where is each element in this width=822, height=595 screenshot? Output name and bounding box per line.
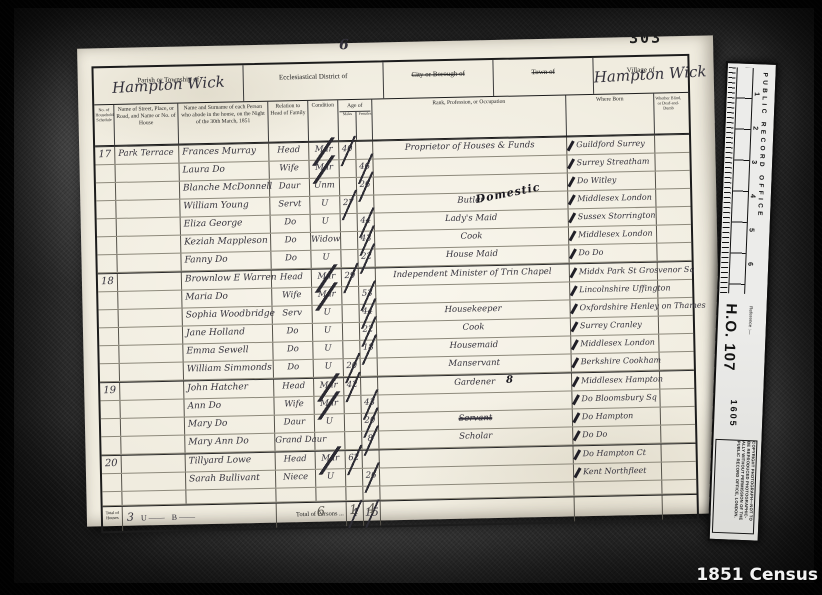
name-cell: Jane Holland: [183, 325, 273, 344]
relation-cell: Head: [269, 143, 309, 161]
empty-cell: [381, 497, 575, 525]
condition-cell: U: [310, 196, 340, 214]
col-relation: Relation to Head of Family: [268, 101, 309, 142]
condition-cell: Mar: [312, 287, 342, 305]
schedule-number: [97, 219, 117, 236]
relation-cell: Serv: [273, 306, 313, 324]
name-cell: Brownlow E Warren: [182, 271, 272, 290]
field-city: City or Borough of: [383, 60, 494, 98]
relation-cell: Servt: [270, 197, 310, 215]
where-born-cell: Do Do: [569, 244, 657, 263]
total-houses-label: Total of Houses: [103, 507, 123, 531]
relation-cell: Do: [271, 215, 311, 233]
schedule-number: [96, 183, 116, 200]
ruler-number: 5: [747, 228, 754, 232]
name-cell: Fanny Do: [181, 252, 271, 271]
schedule-number: [96, 201, 116, 218]
where-born-cell: Middlesex Hampton: [572, 372, 660, 391]
where-born-cell: Lincolnshire Uffington: [570, 281, 658, 300]
relation-cell: Grand Daur: [275, 433, 315, 451]
village-value: Hampton Wick: [593, 63, 688, 86]
where-born-cell: Middlesex London: [568, 190, 656, 209]
col-schedule: No. of Householder's Schedule: [94, 105, 115, 145]
name-cell: John Hatcher: [184, 380, 274, 399]
empty-cell: [662, 480, 690, 494]
where-born-cell: Do Witley: [568, 172, 656, 191]
ruler-number: 2: [751, 126, 758, 130]
where-born-cell: Middlesex London: [571, 335, 659, 354]
condition-cell: U: [313, 341, 343, 359]
blind-cell: [660, 389, 688, 407]
blind-cell: [659, 316, 687, 334]
ruler-number: 4: [749, 194, 756, 198]
reference-number: H.O. 107: [720, 303, 740, 372]
condition-cell: Widow: [311, 232, 341, 250]
where-born-cell: Middlesex London: [569, 226, 657, 245]
street-cell: [121, 436, 185, 454]
age-label: Age of: [339, 102, 370, 113]
where-born-cell: Surrey Streatham: [567, 154, 655, 173]
blind-cell: [661, 407, 689, 425]
street-cell: [116, 182, 180, 200]
condition-cell: U: [316, 469, 346, 487]
schedule-number: [101, 437, 121, 454]
blind-cell: [658, 298, 686, 316]
blind-cell: [658, 280, 686, 298]
schedule-number: [99, 310, 119, 327]
schedule-number: 19: [100, 383, 120, 400]
empty-cell: [276, 488, 316, 502]
building-label: B ——: [172, 512, 196, 521]
name-cell: Mary Do: [185, 416, 275, 435]
relation-cell: Head: [272, 270, 312, 288]
empty-cell: [346, 487, 363, 500]
field-town: Town of: [493, 58, 594, 96]
relation-cell: Niece: [276, 470, 316, 488]
ruler-number: 1: [753, 92, 760, 96]
census-page: 6 303 Parish or Township of Hampton Wick…: [77, 35, 723, 526]
name-cell: Eliza George: [181, 216, 271, 235]
col-blind: Whether Blind, or Deaf-and-Dumb: [654, 93, 683, 134]
street-cell: [120, 363, 184, 381]
empty-cell: [316, 487, 346, 501]
empty-cell: [574, 481, 662, 496]
relation-cell: Daur: [270, 179, 310, 197]
name-cell: Keziah Mappleson: [181, 234, 271, 253]
empty-cell: [575, 496, 663, 522]
uninhabited-label: U ——: [141, 513, 165, 522]
where-born-cell: Do Bloomsbury Sq: [572, 390, 660, 409]
blind-cell: [657, 207, 685, 225]
relation-cell: Head: [276, 452, 316, 470]
empty-cell: [102, 492, 122, 505]
relation-cell: Do: [273, 342, 313, 360]
total-houses-value: 3 U —— B ——: [123, 504, 277, 531]
col-street: Name of Street, Place, or Road, and Name…: [114, 104, 179, 145]
schedule-number: 20: [102, 456, 122, 473]
where-born-cell: Kent Northfleet: [574, 463, 662, 482]
street-cell: [117, 254, 181, 272]
where-born-cell: Oxfordshire Henley on Thames: [570, 299, 658, 318]
street-cell: [119, 327, 183, 345]
schedule-number: [102, 474, 122, 491]
schedule-number: [100, 401, 120, 418]
piece-number: 1605: [728, 399, 739, 427]
schedule-number: [99, 328, 119, 345]
name-cell: Mary Ann Do: [185, 434, 275, 453]
name-cell: Sophia Woodbridge: [183, 307, 273, 326]
field-parish: Parish or Township of Hampton Wick: [93, 65, 244, 104]
photo-scan: 6 303 Parish or Township of Hampton Wick…: [0, 0, 822, 595]
col-occupation: Rank, Profession, or Occupation: [372, 95, 567, 139]
street-cell: Park Terrace: [115, 146, 179, 164]
field-district: Ecclesiastical District of: [243, 62, 384, 101]
schedule-number: [96, 165, 116, 182]
relation-cell: Do: [271, 251, 311, 269]
empty-cell: [363, 486, 380, 499]
schedule-number: [99, 346, 119, 363]
schedule-number: [98, 292, 118, 309]
blind-cell: [661, 444, 689, 462]
col-age: Age of Males Females: [338, 100, 373, 141]
condition-cell: U: [311, 214, 341, 232]
street-cell: [117, 218, 181, 236]
relation-cell: Daur: [275, 415, 315, 433]
caption-1851-census: 1851 Census: [696, 565, 818, 585]
street-cell: [116, 164, 180, 182]
relation-cell: Do: [274, 360, 314, 378]
town-label: Town of: [531, 68, 555, 76]
blind-cell: [662, 462, 690, 480]
condition-cell: U: [313, 305, 343, 323]
name-cell: Laura Do: [179, 162, 269, 181]
ruler-number: 3: [750, 160, 757, 164]
where-born-cell: Surrey Cranley: [571, 317, 659, 336]
relation-cell: Head: [274, 379, 314, 397]
reference-label: Reference :—: [748, 306, 754, 335]
street-cell: [119, 345, 183, 363]
where-born-cell: Guildford Surrey: [567, 136, 655, 155]
col-born: Where Born: [566, 94, 655, 136]
copyright-box: COPYRIGHT PHOTOGRAPH—NOT TO BE REPRODUCE…: [712, 439, 758, 535]
blind-cell: [655, 153, 683, 171]
condition-cell: Mar: [314, 396, 344, 414]
relation-cell: Wife: [274, 397, 314, 415]
relation-cell: Do: [271, 233, 311, 251]
street-cell: [122, 473, 186, 491]
street-cell: [120, 382, 184, 400]
empty-cell: [663, 495, 691, 520]
where-born-cell: Sussex Storrington: [569, 208, 657, 227]
blind-cell: [656, 189, 684, 207]
pro-reference-strip: 1 2 3 4 5 6 PUBLIC RECORD OFFICE Referen…: [708, 61, 778, 543]
name-cell: Ann Do: [184, 398, 274, 417]
condition-cell: Mar: [309, 160, 339, 178]
name-cell: Sarah Bullivant: [186, 471, 276, 490]
parish-value: Hampton Wick: [93, 72, 243, 98]
empty-cell: [122, 491, 186, 505]
where-born-cell: Do Hampton Ct: [574, 445, 662, 464]
copyright-text: COPYRIGHT PHOTOGRAPH—NOT TO BE REPRODUCE…: [713, 440, 757, 533]
where-born-cell: Do Hampton: [573, 408, 661, 427]
relation-cell: Wife: [272, 288, 312, 306]
where-born-cell: Middx Park St Grosvenor Sq: [570, 263, 658, 282]
street-cell: [119, 309, 183, 327]
relation-cell: Do: [273, 324, 313, 342]
ink-annotation: 8: [506, 373, 513, 388]
ruler-number: 6: [746, 262, 753, 266]
condition-cell: U: [313, 323, 343, 341]
name-cell: Emma Sewell: [183, 343, 273, 362]
schedule-number: [101, 419, 121, 436]
age-female-cell: 26: [363, 468, 380, 485]
field-village: Village of Hampton Wick: [593, 56, 688, 94]
schedule-number: [97, 237, 117, 254]
col-name: Name and Surname of each Person who abod…: [178, 102, 269, 144]
blind-cell: [659, 334, 687, 352]
folio-stamp: 303: [629, 28, 662, 47]
schedule-number: 18: [98, 274, 118, 291]
blind-cell: [657, 243, 685, 261]
condition-cell: Unm: [310, 178, 340, 196]
street-cell: [120, 400, 184, 418]
blind-cell: [661, 425, 689, 443]
census-form: Parish or Township of Hampton Wick Eccle…: [91, 54, 699, 533]
name-cell: William Young: [180, 198, 270, 217]
name-cell: Frances Murray: [179, 144, 269, 163]
schedule-number: 17: [95, 147, 115, 164]
street-cell: [116, 200, 180, 218]
relation-cell: Wife: [269, 161, 309, 179]
condition-cell: U: [315, 414, 345, 432]
blind-cell: [660, 371, 688, 389]
street-cell: [117, 236, 181, 254]
schedule-number: [97, 255, 117, 272]
street-cell: [122, 455, 186, 473]
blind-cell: [655, 135, 683, 153]
street-cell: [118, 273, 182, 291]
blind-cell: [660, 352, 688, 370]
name-cell: William Simmonds: [184, 361, 274, 380]
name-cell: Tillyard Lowe: [186, 453, 276, 472]
condition-cell: Mar: [316, 451, 346, 469]
blind-cell: [657, 225, 685, 243]
empty-cell: [186, 489, 276, 504]
name-cell: Blanche McDonnell: [180, 180, 270, 199]
where-born-cell: Do Do: [573, 426, 661, 445]
col-condition: Condition: [308, 100, 339, 141]
struck-occupation: Servant: [458, 413, 492, 424]
blind-cell: [658, 262, 686, 280]
schedule-number: [100, 364, 120, 381]
district-label: Ecclesiastical District of: [279, 72, 348, 81]
where-born-cell: Berkshire Cookham: [572, 353, 660, 372]
street-cell: [121, 418, 185, 436]
street-cell: [118, 291, 182, 309]
name-cell: Maria Do: [182, 289, 272, 308]
city-label: City or Borough of: [411, 70, 465, 79]
sheet-number: 6: [339, 37, 349, 53]
blind-cell: [656, 171, 684, 189]
